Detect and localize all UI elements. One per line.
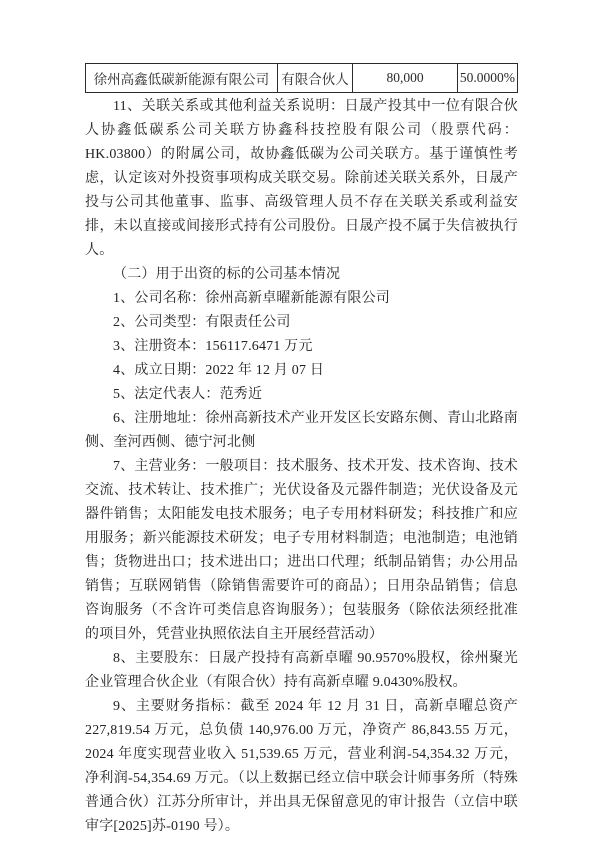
table-row: 徐州高鑫低碳新能源有限公司 有限合伙人 80,000 50.0000% <box>86 64 518 93</box>
section-heading-target-company: （二）用于出资的标的公司基本情况 <box>85 263 518 287</box>
paragraph-company-name: 1、公司名称：徐州高新卓曜新能源有限公司 <box>85 287 518 311</box>
paragraph-relationship-note: 11、关联关系或其他利益关系说明：日晟产投其中一位有限合伙人协鑫低碳系公司关联方… <box>85 95 518 263</box>
paragraph-financial-indicators: 9、主要财务指标：截至 2024 年 12 月 31 日，高新卓曜总资产 227… <box>85 695 518 839</box>
paragraph-legal-representative: 5、法定代表人：范秀近 <box>85 383 518 407</box>
paragraph-establish-date: 4、成立日期：2022 年 12 月 07 日 <box>85 359 518 383</box>
cell-partner-role: 有限合伙人 <box>277 64 352 93</box>
paragraph-main-business: 7、主营业务：一般项目：技术服务、技术开发、技术咨询、技术交流、技术转让、技术推… <box>85 455 518 647</box>
partner-table: 徐州高鑫低碳新能源有限公司 有限合伙人 80,000 50.0000% <box>85 63 518 93</box>
cell-subscribed-amount: 80,000 <box>353 64 458 93</box>
cell-partner-name: 徐州高鑫低碳新能源有限公司 <box>86 64 278 93</box>
paragraph-registered-capital: 3、注册资本：156117.6471 万元 <box>85 335 518 359</box>
document-content: 徐州高鑫低碳新能源有限公司 有限合伙人 80,000 50.0000% 11、关… <box>85 63 518 839</box>
paragraph-company-type: 2、公司类型：有限责任公司 <box>85 311 518 335</box>
paragraph-main-shareholders: 8、主要股东：日晟产投持有高新卓曜 90.9570%股权，徐州聚光企业管理合伙企… <box>85 647 518 695</box>
document-page: 徐州高鑫低碳新能源有限公司 有限合伙人 80,000 50.0000% 11、关… <box>0 0 603 857</box>
cell-ratio: 50.0000% <box>457 64 517 93</box>
paragraph-registered-address: 6、注册地址：徐州高新技术产业开发区长安路东侧、青山北路南侧、奎河西侧、德宁河北… <box>85 407 518 455</box>
paragraph-block: 11、关联关系或其他利益关系说明：日晟产投其中一位有限合伙人协鑫低碳系公司关联方… <box>85 95 518 839</box>
